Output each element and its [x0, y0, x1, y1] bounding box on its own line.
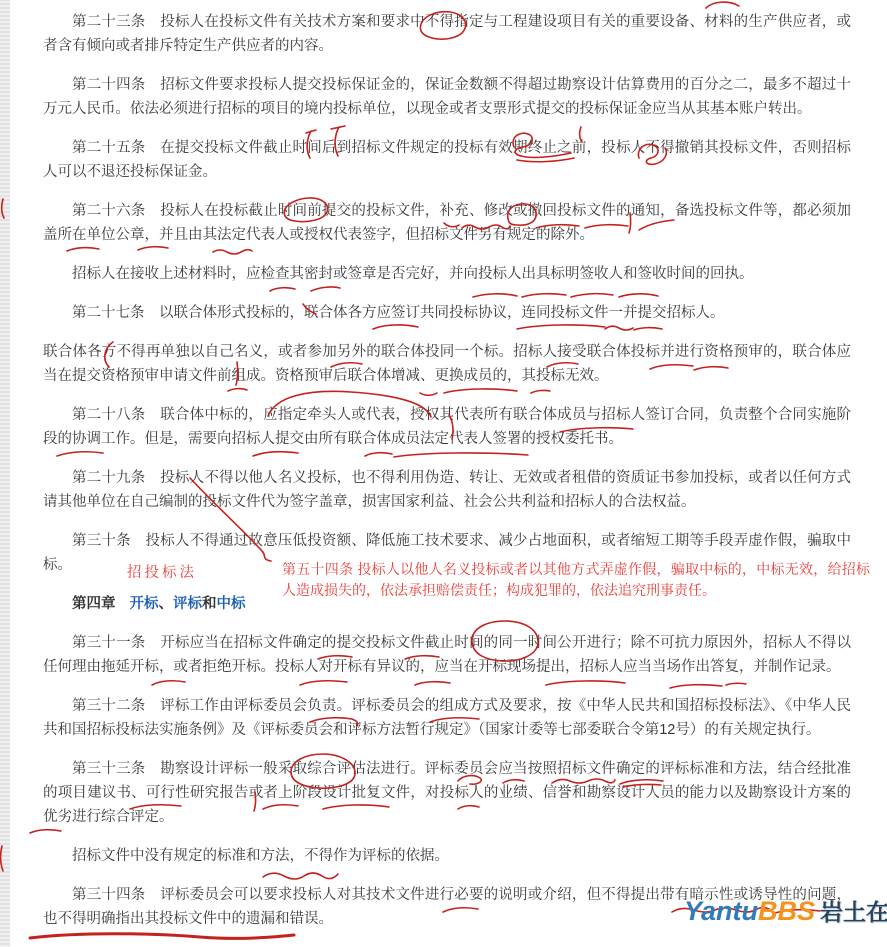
watermark-yantu: Yantu [684, 896, 758, 926]
paragraph-article-29: 第二十九条 投标人不得以他人名义投标，也不得利用伪造、转让、无效或者租借的资质证… [43, 466, 851, 514]
chapter-number: 第四章 [72, 596, 116, 612]
paragraph-article-32: 第三十二条 评标工作由评标委员会负责。评标委员会的组成方式及要求，按《中华人民共… [43, 694, 851, 742]
paragraph-article-24: 第二十四条 招标文件要求投标人提交投标保证金的，保证金数额不得超过勘察设计估算费… [43, 73, 851, 121]
watermark-logo-text: YantuBBS [684, 896, 815, 926]
page-edge-strip [0, 0, 10, 947]
chapter-word-pingbiao: 评标 [173, 596, 202, 612]
paragraph-article-26: 第二十六条 投标人在投标截止时间前提交的投标文件，补充、修改或撤回投标文件的通知… [43, 199, 851, 247]
paragraph-article-23: 第二十三条 投标人在投标文件有关技术方案和要求中不得指定与工程建设项目有关的重要… [43, 10, 851, 58]
watermark-chinese-text: 岩土在线 [820, 899, 887, 925]
paragraph-article-27: 第二十七条 以联合体形式投标的，联合体各方应签订共同投标协议，连同投标文件一并提… [43, 301, 851, 325]
chapter-separator: 、 [159, 596, 174, 612]
legal-text-body: 第二十三条 投标人在投标文件有关技术方案和要求中不得指定与工程建设项目有关的重要… [43, 10, 851, 946]
red-annotation-label: 招投标法 [127, 561, 197, 585]
document-page: { "colors": { "body_text": "#383838", "c… [0, 0, 887, 947]
paragraph-article-27b: 联合体各方不得再单独以自己名义，或者参加另外的联合体投同一个标。招标人接受联合体… [43, 340, 851, 388]
chapter-conjunction: 和 [202, 596, 217, 612]
watermark: YantuBBS岩土在线 [684, 899, 887, 928]
paragraph-article-31: 第三十一条 开标应当在招标文件确定的提交投标文件截止时间的同一时间公开进行；除不… [43, 631, 851, 679]
paragraph-article-26b: 招标人在接收上述材料时，应检查其密封或签章是否完好，并向投标人出具标明签收人和签… [43, 262, 851, 286]
chapter-word-kaibiao: 开标 [130, 596, 159, 612]
paragraph-article-25: 第二十五条 在提交投标文件截止时间后到招标文件规定的投标有效期终止之前，投标人不… [43, 136, 851, 184]
chapter-word-zhongbiao: 中标 [217, 596, 246, 612]
paragraph-article-33: 第三十三条 勘察设计评标一般采取综合评估法进行。评标委员会应当按照招标文件确定的… [43, 757, 851, 829]
paragraph-article-28: 第二十八条 联合体中标的，应指定牵头人或代表，授权其代表所有联合体成员与招标人签… [43, 403, 851, 451]
watermark-bbs: BBS [758, 896, 815, 926]
paragraph-article-33b: 招标文件中没有规定的标准和方法，不得作为评标的依据。 [43, 844, 851, 868]
red-annotation-note: 第五十四条 投标人以他人名义投标或者以其他方式弄虚作假，骗取中标的，中标无效，给… [282, 559, 870, 601]
